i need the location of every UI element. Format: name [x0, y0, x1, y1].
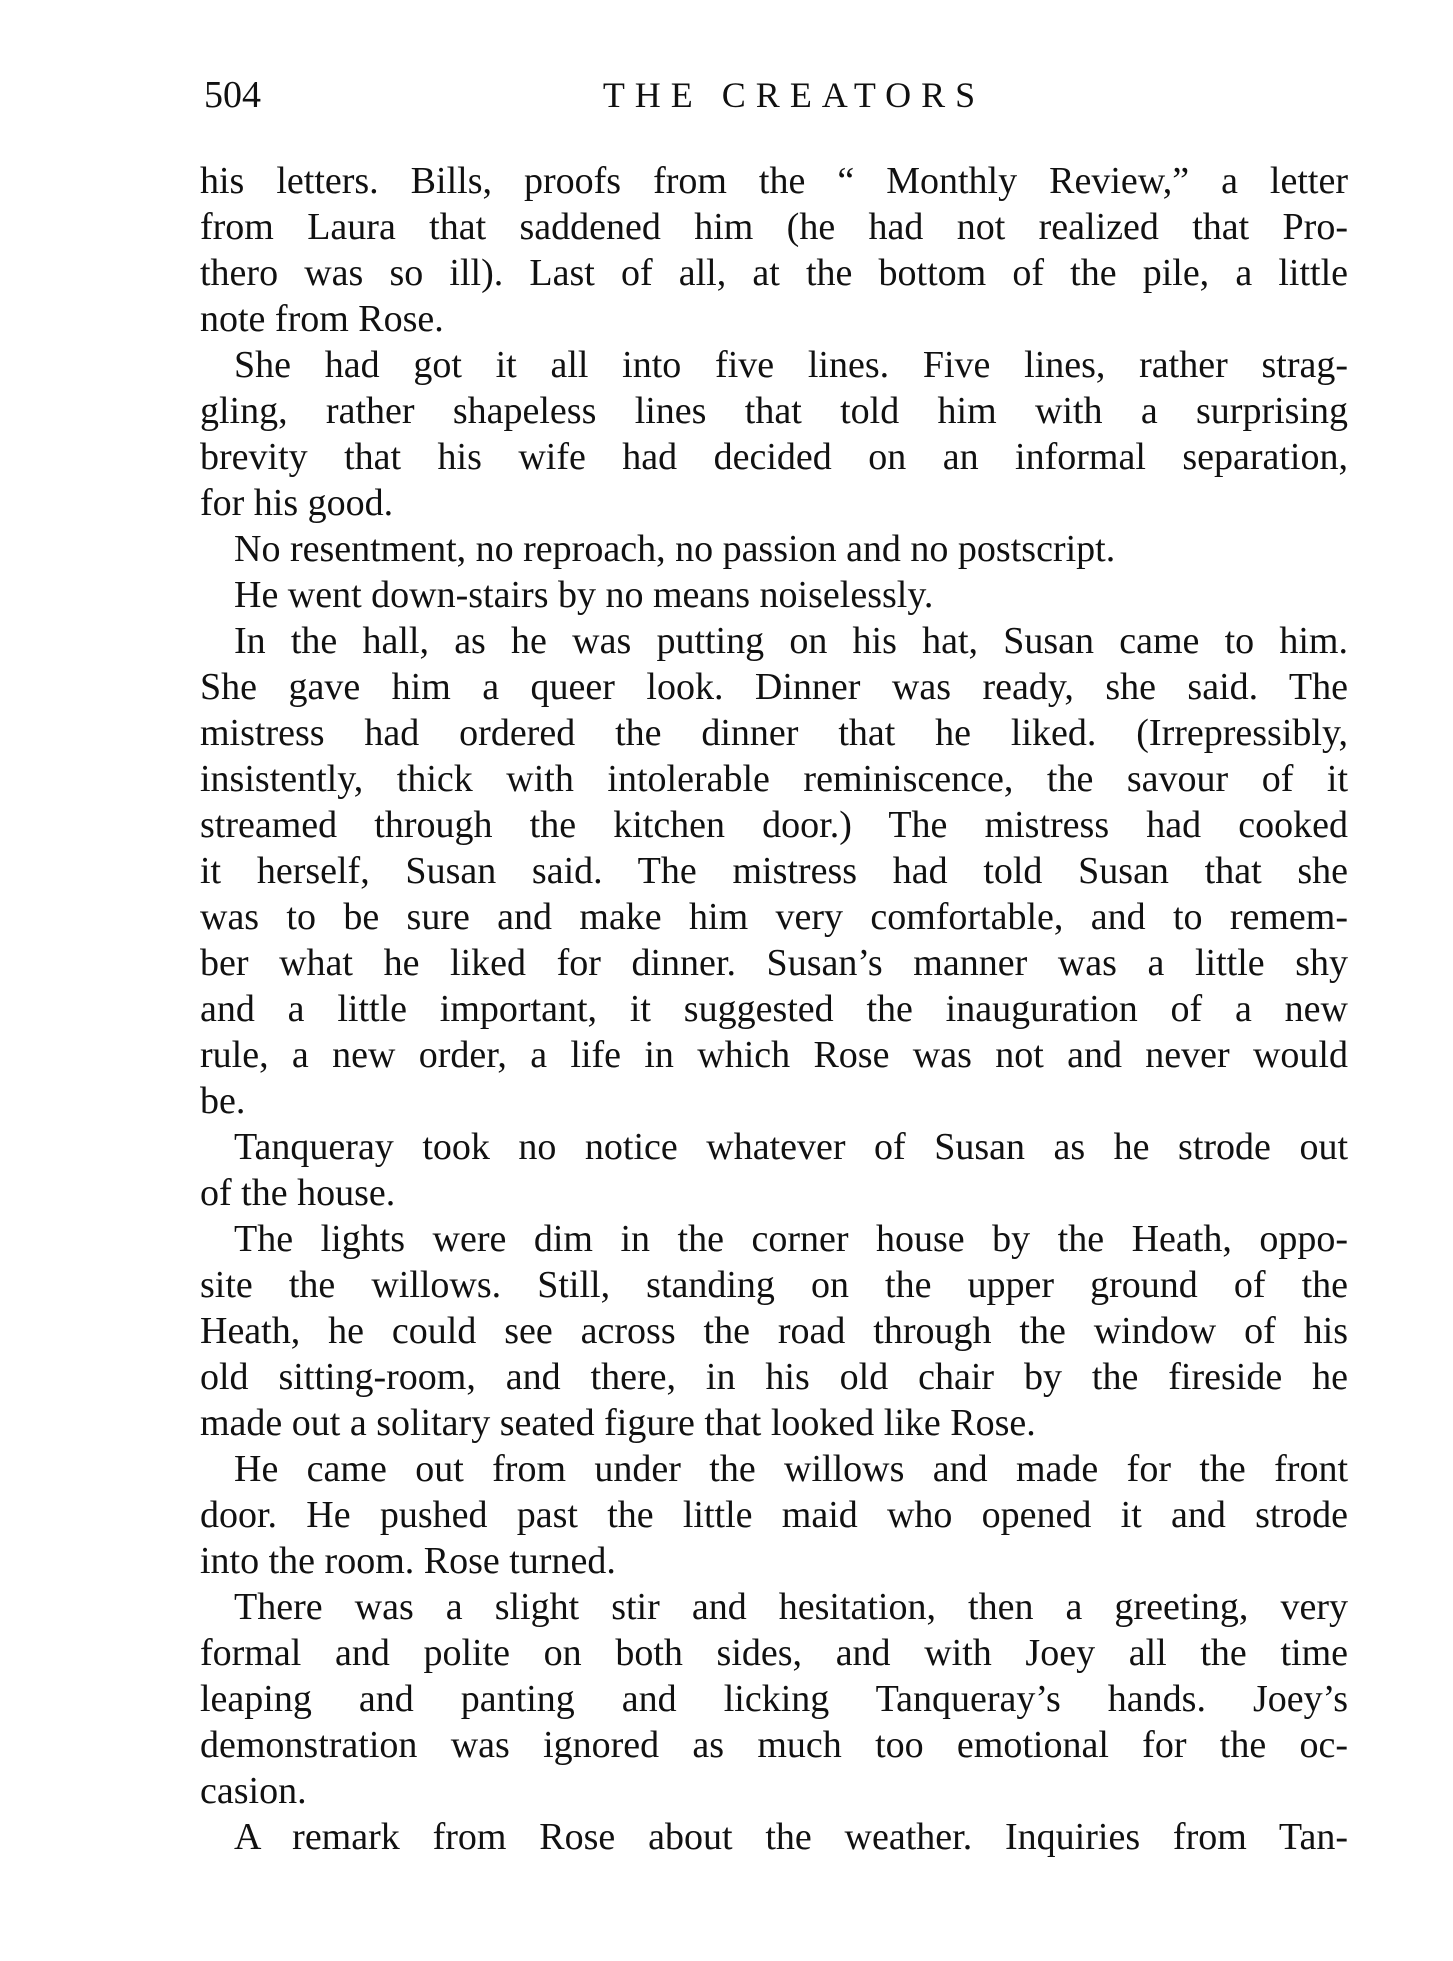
line-text: streamed through the kitchen door.) The … — [200, 802, 1348, 848]
body-text: his letters. Bills, proofs from the “ Mo… — [200, 158, 1348, 1860]
line-text: He came out from under the willows and m… — [234, 1446, 1348, 1492]
line-text: gling, rather shapeless lines that told … — [200, 388, 1348, 434]
line-text: door. He pushed past the little maid who… — [200, 1492, 1348, 1538]
line-text: into the room. Rose turned. — [200, 1538, 1348, 1584]
text-line: streamed through the kitchen door.) The … — [200, 802, 1348, 848]
line-text: brevity that his wife had decided on an … — [200, 434, 1348, 480]
line-text: leaping and panting and licking Tanquera… — [200, 1676, 1348, 1722]
text-line: leaping and panting and licking Tanquera… — [200, 1676, 1348, 1722]
text-line: ber what he liked for dinner. Susan’s ma… — [200, 940, 1348, 986]
line-text: In the hall, as he was putting on his ha… — [234, 618, 1348, 664]
text-line: insistently, thick with intolerable remi… — [200, 756, 1348, 802]
text-line: site the willows. Still, standing on the… — [200, 1262, 1348, 1308]
text-line: be. — [200, 1078, 1348, 1124]
line-text: mistress had ordered the dinner that he … — [200, 710, 1348, 756]
line-text: and a little important, it suggested the… — [200, 986, 1348, 1032]
text-line: brevity that his wife had decided on an … — [200, 434, 1348, 480]
line-text: Tanqueray took no notice whatever of Sus… — [234, 1124, 1348, 1170]
paragraph-first-line: She had got it all into five lines. Five… — [200, 342, 1348, 388]
text-line: Heath, he could see across the road thro… — [200, 1308, 1348, 1354]
text-line: made out a solitary seated figure that l… — [200, 1400, 1348, 1446]
paragraph-first-line: The lights were dim in the corner house … — [200, 1216, 1348, 1262]
paragraph-first-line: In the hall, as he was putting on his ha… — [200, 618, 1348, 664]
text-line: casion. — [200, 1768, 1348, 1814]
line-text: was to be sure and make him very comfort… — [200, 894, 1348, 940]
line-text: old sitting-room, and there, in his old … — [200, 1354, 1348, 1400]
line-text: The lights were dim in the corner house … — [234, 1216, 1348, 1262]
line-text: There was a slight stir and hesitation, … — [234, 1584, 1348, 1630]
text-line: gling, rather shapeless lines that told … — [200, 388, 1348, 434]
text-line: rule, a new order, a life in which Rose … — [200, 1032, 1348, 1078]
line-text: rule, a new order, a life in which Rose … — [200, 1032, 1348, 1078]
line-text: demonstration was ignored as much too em… — [200, 1722, 1348, 1768]
text-line: old sitting-room, and there, in his old … — [200, 1354, 1348, 1400]
text-line: thero was so ill). Last of all, at the b… — [200, 250, 1348, 296]
text-line: note from Rose. — [200, 296, 1348, 342]
text-line: it herself, Susan said. The mistress had… — [200, 848, 1348, 894]
text-line: formal and polite on both sides, and wit… — [200, 1630, 1348, 1676]
line-text: No resentment, no reproach, no passion a… — [234, 526, 1348, 572]
text-line: demonstration was ignored as much too em… — [200, 1722, 1348, 1768]
line-text: She gave him a queer look. Dinner was re… — [200, 664, 1348, 710]
paragraph-first-line: A remark from Rose about the weather. In… — [200, 1814, 1348, 1860]
text-line: mistress had ordered the dinner that he … — [200, 710, 1348, 756]
line-text: A remark from Rose about the weather. In… — [234, 1814, 1348, 1860]
line-text: Heath, he could see across the road thro… — [200, 1308, 1348, 1354]
text-line: into the room. Rose turned. — [200, 1538, 1348, 1584]
running-title: THE CREATORS — [200, 70, 1348, 120]
line-text: his letters. Bills, proofs from the “ Mo… — [200, 158, 1348, 204]
text-line: and a little important, it suggested the… — [200, 986, 1348, 1032]
line-text: be. — [200, 1078, 1348, 1124]
line-text: for his good. — [200, 480, 1348, 526]
line-text: note from Rose. — [200, 296, 1348, 342]
line-text: insistently, thick with intolerable remi… — [200, 756, 1348, 802]
paragraph-first-line: There was a slight stir and hesitation, … — [200, 1584, 1348, 1630]
line-text: He went down-stairs by no means noiseles… — [234, 572, 1348, 618]
paragraph-first-line: No resentment, no reproach, no passion a… — [200, 526, 1348, 572]
text-line: from Laura that saddened him (he had not… — [200, 204, 1348, 250]
text-line: for his good. — [200, 480, 1348, 526]
line-text: from Laura that saddened him (he had not… — [200, 204, 1348, 250]
line-text: ber what he liked for dinner. Susan’s ma… — [200, 940, 1348, 986]
line-text: made out a solitary seated figure that l… — [200, 1400, 1348, 1446]
text-line: She gave him a queer look. Dinner was re… — [200, 664, 1348, 710]
paragraph-first-line: He went down-stairs by no means noiseles… — [200, 572, 1348, 618]
text-line: was to be sure and make him very comfort… — [200, 894, 1348, 940]
running-head: 504 THE CREATORS — [200, 70, 1348, 120]
text-line: door. He pushed past the little maid who… — [200, 1492, 1348, 1538]
line-text: it herself, Susan said. The mistress had… — [200, 848, 1348, 894]
paragraph-first-line: Tanqueray took no notice whatever of Sus… — [200, 1124, 1348, 1170]
text-line: of the house. — [200, 1170, 1348, 1216]
line-text: thero was so ill). Last of all, at the b… — [200, 250, 1348, 296]
text-line: his letters. Bills, proofs from the “ Mo… — [200, 158, 1348, 204]
line-text: site the willows. Still, standing on the… — [200, 1262, 1348, 1308]
line-text: formal and polite on both sides, and wit… — [200, 1630, 1348, 1676]
paragraph-first-line: He came out from under the willows and m… — [200, 1446, 1348, 1492]
line-text: of the house. — [200, 1170, 1348, 1216]
book-page: 504 THE CREATORS his letters. Bills, pro… — [0, 0, 1453, 1961]
line-text: casion. — [200, 1768, 1348, 1814]
line-text: She had got it all into five lines. Five… — [234, 342, 1348, 388]
